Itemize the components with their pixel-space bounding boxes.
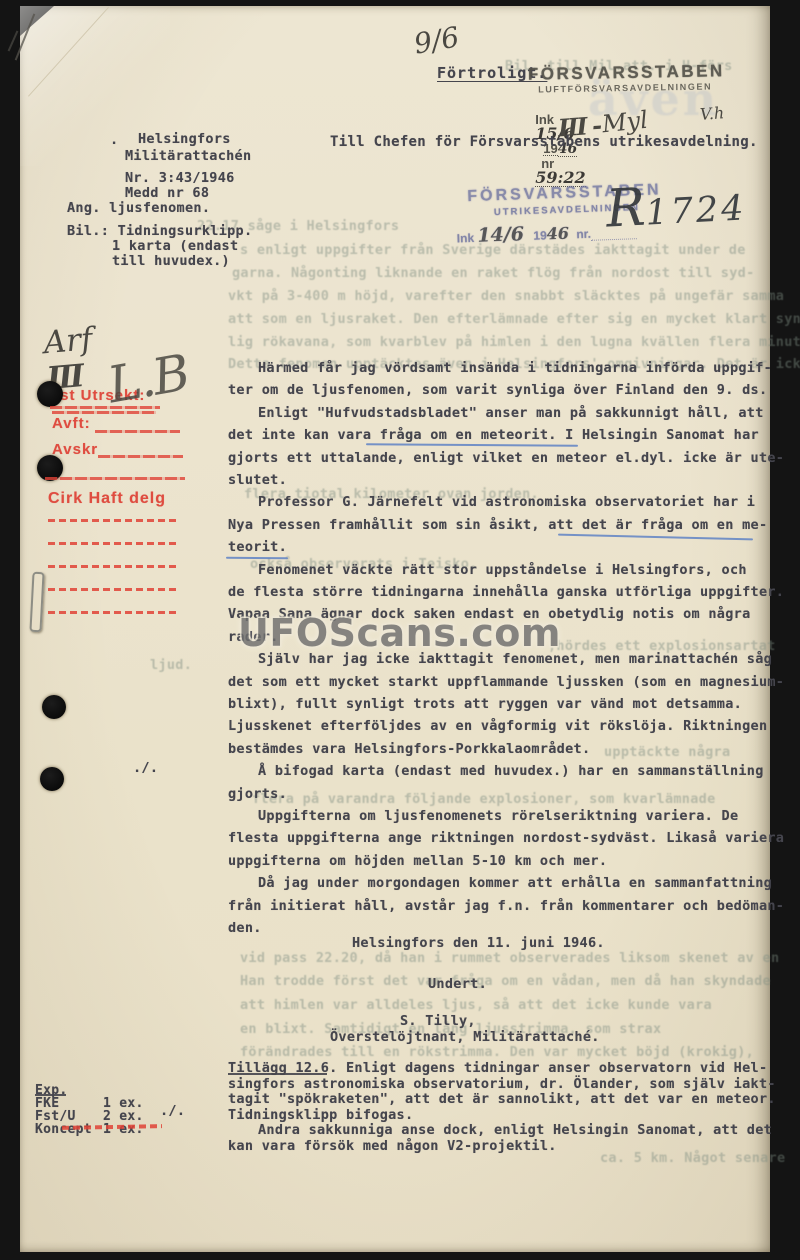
stamp-luftforsvarsavdelningen: FÖRSVARSSTABEN LUFTFÖRSVARSAVDELNINGEN xyxy=(528,62,725,94)
addendum-line: kan vara försök med någon V2-projektil. xyxy=(228,1138,557,1155)
bleedthrough-line: att himlen var alldeles ljus, så att det… xyxy=(240,997,712,1013)
body-line: slutet. xyxy=(228,472,287,489)
handwritten-file-note: Arf III xyxy=(19,285,97,399)
file-note-word: Arf xyxy=(42,321,94,361)
signature-title: Överstelöjtnant, Militärattaché. xyxy=(330,1029,600,1046)
body-line: de flesta större tidningarna innehålla g… xyxy=(228,584,784,601)
stamp2-nr-label: nr. xyxy=(576,226,591,241)
bleedthrough-line: Han trodde först det var fråga om en våd… xyxy=(240,973,771,989)
body-line: Å bifogad karta (endast med huvudex.) ha… xyxy=(258,763,764,780)
watermark-text: UFOScans.com xyxy=(238,614,561,652)
typed-underline xyxy=(228,1073,327,1075)
body-line: Professor G. Järnefelt vid astronomiska … xyxy=(258,494,755,511)
red-form-rule xyxy=(98,455,183,458)
punch-hole-1 xyxy=(37,381,63,407)
red-form-dashed-rule xyxy=(48,542,178,545)
margin-ref-mark-2: ./. xyxy=(160,1103,185,1120)
stamp1-org: FÖRSVARSSTABEN xyxy=(528,62,725,82)
enclosure-line-3: till huvudex.) xyxy=(112,253,230,270)
stamp2-year-hw: 46 xyxy=(546,223,569,243)
bleedthrough-line: lig rökavana, som kvarblev på himlen i d… xyxy=(228,334,800,350)
body-line: teorit. xyxy=(228,539,287,556)
body-line: Ljusskenet efterföljdes av en vågformig … xyxy=(228,718,767,735)
body-line: blixt), fullt synligt trots att ryggen v… xyxy=(228,696,742,713)
body-line: den. xyxy=(228,920,262,937)
body-line: ter om de ljusfenomen, som varit synliga… xyxy=(228,382,767,399)
red-form-dashed-rule xyxy=(48,519,178,522)
body-line: gjorts ett uttalande, enligt vilket en m… xyxy=(228,450,784,467)
typed-underline xyxy=(35,1094,66,1096)
registry-letter: R xyxy=(605,178,647,240)
screenshot-root: { "classification": "Förtroligt.", "corn… xyxy=(0,0,800,1260)
red-form-rule xyxy=(95,430,180,433)
red-form-rule xyxy=(50,406,160,409)
handwritten-registry-number: R1724 xyxy=(605,172,748,239)
body-line: det inte kan vara fråga om en meteorit. … xyxy=(228,427,759,444)
body-line: Nya Pressen framhållit som sin åsikt, at… xyxy=(228,517,767,534)
signature-name: S. Tilly, xyxy=(400,1013,476,1030)
body-line: Fenomenet väckte rätt stor uppståndelse … xyxy=(258,562,747,579)
red-form-dashed-rule xyxy=(48,588,178,591)
bleedthrough-line: ca. 5 km. Något senare xyxy=(600,1150,785,1166)
margin-ref-mark-1: ./. xyxy=(133,760,158,777)
body-line: flesta uppgifterna ange riktningen nordo… xyxy=(228,830,784,847)
punch-hole-3 xyxy=(42,695,66,719)
registry-digits: 1724 xyxy=(644,188,747,233)
bleedthrough-line: vkt på 3-400 m höjd, varefter den snabbt… xyxy=(228,288,784,304)
bleedthrough-line: vid pass 22.20, då han i rummet observer… xyxy=(240,950,779,966)
body-line: gjorts. xyxy=(228,786,287,803)
red-form-dashed-rule xyxy=(48,611,178,614)
bleedthrough-line: garna. Någonting liknande en raket flög … xyxy=(232,265,755,281)
red-form-rule xyxy=(45,477,185,480)
red-form-dashed-rule xyxy=(48,565,178,568)
stamp2-year-printed: 19 xyxy=(533,228,547,242)
body-line: uppgifterna om höjden mellan 5-10 km och… xyxy=(228,853,607,870)
bleedthrough-line: att som en ljusraket. Den efterlämnade e… xyxy=(228,311,800,327)
red-form-rule xyxy=(52,411,156,414)
body-line: Enligt "Hufvudstadsbladet" anser man på … xyxy=(258,405,764,422)
stamp2-date-hw: 14/6 xyxy=(477,223,524,247)
distribution-label: Koncept xyxy=(35,1122,92,1138)
bleedthrough-line: ljud. xyxy=(150,657,192,673)
recipient-line: Till Chefen för Försvarsstabens utrikesa… xyxy=(330,134,758,152)
addendum-line: Andra sakkunniga anse dock, enligt Helsi… xyxy=(258,1122,772,1139)
sender-city: Helsingfors xyxy=(138,131,231,148)
body-line: från initierat håll, avstår jag f.n. frå… xyxy=(228,898,784,915)
closing-date: Helsingfors den 11. juni 1946. xyxy=(352,935,605,952)
red-form-line-avft: Avft: xyxy=(52,416,91,431)
sender-title: Militärattachén xyxy=(125,148,251,165)
body-line: bestämdes vara Helsingfors-Porkkalaområd… xyxy=(228,741,590,758)
sender-dot: . xyxy=(110,132,118,149)
bleedthrough-line: upptäckte några xyxy=(604,744,730,760)
stamp1-note-initials: V.h xyxy=(699,103,724,124)
body-line: det som ett mycket starkt uppflammande l… xyxy=(228,674,784,691)
pencil-corner-mark-2 xyxy=(8,31,19,52)
addendum-line: tagit "spökraketen", att det är sannolik… xyxy=(228,1091,776,1108)
red-form-line-cirk: Cirk Haft delg xyxy=(48,491,166,507)
body-line: Härmed får jag vördsamt insända i tidnin… xyxy=(258,360,772,377)
stamp2-ink-label: Ink xyxy=(457,230,475,245)
closing-undert: Undert. xyxy=(428,976,487,993)
bleedthrough-line: förändrades till en rökstrimma. Den var … xyxy=(240,1044,754,1060)
body-line: Då jag under morgondagen kommer att erhå… xyxy=(258,875,772,892)
bleedthrough-line: flera på varandra följande explosioner, … xyxy=(252,791,716,807)
subject-line: Ang. ljusfenomen. xyxy=(67,200,210,217)
punch-hole-4 xyxy=(40,767,64,791)
body-line: Uppgifterna om ljusfenomenets rörelserik… xyxy=(258,808,738,825)
red-form-line-avskr: Avskr xyxy=(52,442,98,457)
